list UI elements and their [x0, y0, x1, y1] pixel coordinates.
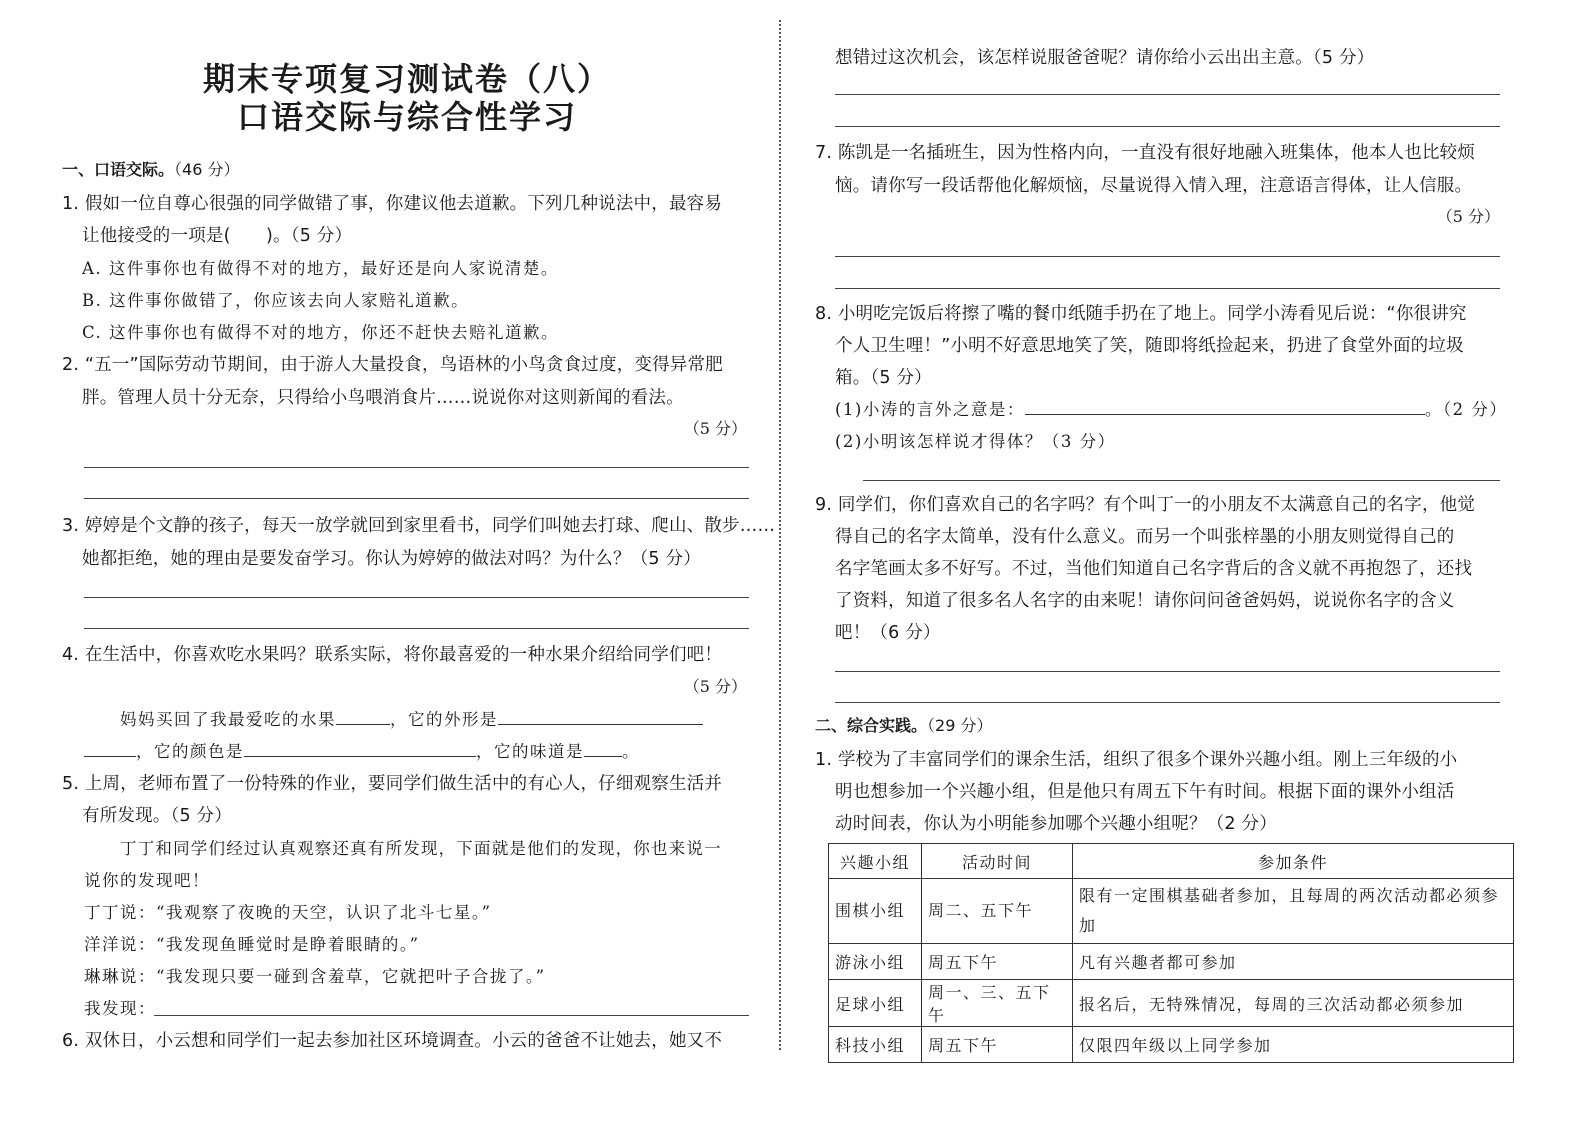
q5-text: 有所发现。（5 分）: [82, 802, 232, 827]
table-cell: 科技小组: [829, 1027, 922, 1063]
answer-line[interactable]: [835, 256, 1500, 257]
table-header: 参加条件: [1073, 844, 1514, 879]
shape-blank-cont[interactable]: [84, 740, 136, 757]
q2-text: 胖。管理人员十分无奈，只得给小鸟喂消食片……说说你对这则新闻的看法。: [82, 384, 684, 409]
q4-text: 4. 在生活中，你喜欢吃水果吗？联系实际，将你最喜爱的一种水果介绍给同学们吧！: [62, 641, 722, 666]
q3-text: 她都拒绝，她的理由是要发奋学习。你认为婷婷的做法对吗？为什么？（5 分）: [82, 545, 701, 570]
table-cell: 周五下午: [922, 1027, 1073, 1063]
q1-option-a[interactable]: A. 这件事你也有做得不对的地方，最好还是向人家说清楚。: [82, 255, 559, 279]
answer-line[interactable]: [863, 480, 1500, 481]
table-header-row: 兴趣小组 活动时间 参加条件: [829, 844, 1514, 879]
q4-fill-line2: ，它的颜色是，它的味道是。: [84, 738, 640, 762]
q7-points: （5 分）: [1437, 204, 1500, 227]
q9-text: 吧！（6 分）: [835, 619, 941, 644]
answer-line[interactable]: [835, 94, 1500, 95]
answer-line[interactable]: [835, 671, 1500, 672]
q9-text: 得自己的名字太简单，没有什么意义。而另一个叫张梓墨的小朋友则觉得自己的: [835, 523, 1455, 548]
answer-line[interactable]: [84, 498, 749, 499]
q5-answer-line[interactable]: [154, 1015, 749, 1016]
q5-intro: 丁丁和同学们经过认真观察还真有所发现，下面就是他们的发现，你也来说一: [120, 835, 722, 859]
p1-text: 1. 学校为了丰富同学们的课余生活，组织了很多个课外兴趣小组。刚上三年级的小: [815, 746, 1457, 771]
q8-text: 8. 小明吃完饭后将擦了嘴的餐巾纸随手扔在了地上。同学小涛看见后说：“你很讲究: [815, 300, 1467, 325]
table-row: 围棋小组 周二、五下午 限有一定围棋基础者参加，且每周的两次活动都必须参加: [829, 879, 1514, 944]
q7-text: 恼。请你写一段话帮他化解烦恼，尽量说得入情入理，注意语言得体，让人信服。: [835, 172, 1472, 197]
q1-option-c[interactable]: C. 这件事你也有做得不对的地方，你还不赶快去赔礼道歉。: [82, 319, 559, 343]
q9-text: 9. 同学们，你们喜欢自己的名字吗？有个叫丁一的小朋友不太满意自己的名字，他觉: [815, 491, 1475, 516]
fruit-blank[interactable]: [336, 708, 390, 725]
q3-text: 3. 婷婷是个文静的孩子，每天一放学就回到家里看书，同学们叫她去打球、爬山、散步…: [62, 512, 775, 537]
table-row: 足球小组 周一、三、五下午 报名后，无特殊情况，每周的三次活动都必须参加: [829, 980, 1514, 1027]
p1-text: 动时间表，你认为小明能参加哪个兴趣小组呢？（2 分）: [835, 810, 1277, 835]
table-cell: 游泳小组: [829, 944, 922, 980]
q5-intro: 说你的发现吧！: [84, 867, 210, 891]
table-cell: 仅限四年级以上同学参加: [1073, 1027, 1514, 1063]
answer-line[interactable]: [84, 467, 749, 468]
table-row: 科技小组 周五下午 仅限四年级以上同学参加: [829, 1027, 1514, 1063]
activity-schedule-table: 兴趣小组 活动时间 参加条件 围棋小组 周二、五下午 限有一定围棋基础者参加，且…: [828, 843, 1514, 1063]
q4-fill-line1: 妈妈买回了我最爱吃的水果，它的外形是: [120, 706, 703, 730]
table-cell: 限有一定围棋基础者参加，且每周的两次活动都必须参加: [1073, 879, 1514, 944]
q8-text: 个人卫生哩！”小明不好意思地笑了笑，随即将纸捡起来，扔进了食堂外面的垃圾: [835, 332, 1464, 357]
answer-line[interactable]: [835, 126, 1500, 127]
q5-text: 5. 上周，老师布置了一份特殊的作业，要同学们做生活中的有心人，仔细观察生活并: [62, 770, 722, 795]
answer-line[interactable]: [835, 702, 1500, 703]
q2-points: （5 分）: [684, 416, 747, 439]
table-header: 活动时间: [922, 844, 1073, 879]
q1-text: 1. 假如一位自尊心很强的同学做错了事，你建议他去道歉。下列几种说法中，最容易: [62, 190, 722, 215]
q1-option-b[interactable]: B. 这件事你做错了，你应该去向人家赔礼道歉。: [82, 287, 469, 311]
table-cell: 周一、三、五下午: [922, 980, 1073, 1027]
q5-quote: 丁丁说：“我观察了夜晚的天空，认识了北斗七星。”: [84, 899, 492, 923]
q5-mine-label: 我发现：: [84, 995, 156, 1019]
table-row: 游泳小组 周五下午 凡有兴趣者都可参加: [829, 944, 1514, 980]
section-1-heading: 一、口语交际。（46 分）: [62, 157, 239, 180]
q6-text: 想错过这次机会，该怎样说服爸爸呢？请你给小云出出主意。（5 分）: [835, 44, 1374, 69]
table-header: 兴趣小组: [829, 844, 922, 879]
q9-text: 名字笔画太多不好写。不过，当他们知道自己名字背后的含义就不再抱怨了，还找: [835, 555, 1472, 580]
table-cell: 周二、五下午: [922, 879, 1073, 944]
q9-text: 了资料，知道了很多名人名字的由来呢！请你问问爸爸妈妈，说说你名字的含义: [835, 587, 1455, 612]
table-cell: 足球小组: [829, 980, 922, 1027]
section-2-heading: 二、综合实践。（29 分）: [815, 713, 992, 736]
q8-sub1-blank[interactable]: [1025, 398, 1425, 415]
q8-text: 箱。（5 分）: [835, 364, 932, 389]
answer-line[interactable]: [84, 628, 749, 629]
color-blank[interactable]: [244, 740, 476, 757]
q6-text: 6. 双休日，小云想和同学们一起去参加社区环境调查。小云的爸爸不让她去，她又不: [62, 1027, 722, 1052]
q5-quote: 琳琳说：“我发现只要一碰到含羞草，它就把叶子合拢了。”: [84, 963, 546, 987]
page-subtitle: 口语交际与综合性学习: [62, 92, 752, 138]
q5-quote: 洋洋说：“我发现鱼睡觉时是睁着眼睛的。”: [84, 931, 420, 955]
q1-text: 让他接受的一项是( )。（5 分）: [82, 222, 352, 247]
answer-line[interactable]: [84, 597, 749, 598]
q8-sub1: (1)小涛的言外之意是：。（2 分）: [835, 396, 1507, 420]
answer-line[interactable]: [835, 288, 1500, 289]
q2-text: 2. “五一”国际劳动节期间，由于游人大量投食，鸟语林的小鸟贪食过度，变得异常肥: [62, 351, 723, 376]
p1-text: 明也想参加一个兴趣小组，但是他只有周五下午有时间。根据下面的课外小组活: [835, 778, 1455, 803]
shape-blank[interactable]: [498, 708, 703, 725]
q4-points: （5 分）: [684, 674, 747, 697]
q8-sub2: (2)小明该怎样说才得体？（3 分）: [835, 428, 1116, 452]
table-cell: 围棋小组: [829, 879, 922, 944]
page-divider: [779, 20, 781, 1050]
taste-blank[interactable]: [584, 740, 622, 757]
table-cell: 周五下午: [922, 944, 1073, 980]
table-cell: 凡有兴趣者都可参加: [1073, 944, 1514, 980]
q7-text: 7. 陈凯是一名插班生，因为性格内向，一直没有很好地融入班集体，他本人也比较烦: [815, 139, 1475, 164]
table-cell: 报名后，无特殊情况，每周的三次活动都必须参加: [1073, 980, 1514, 1027]
